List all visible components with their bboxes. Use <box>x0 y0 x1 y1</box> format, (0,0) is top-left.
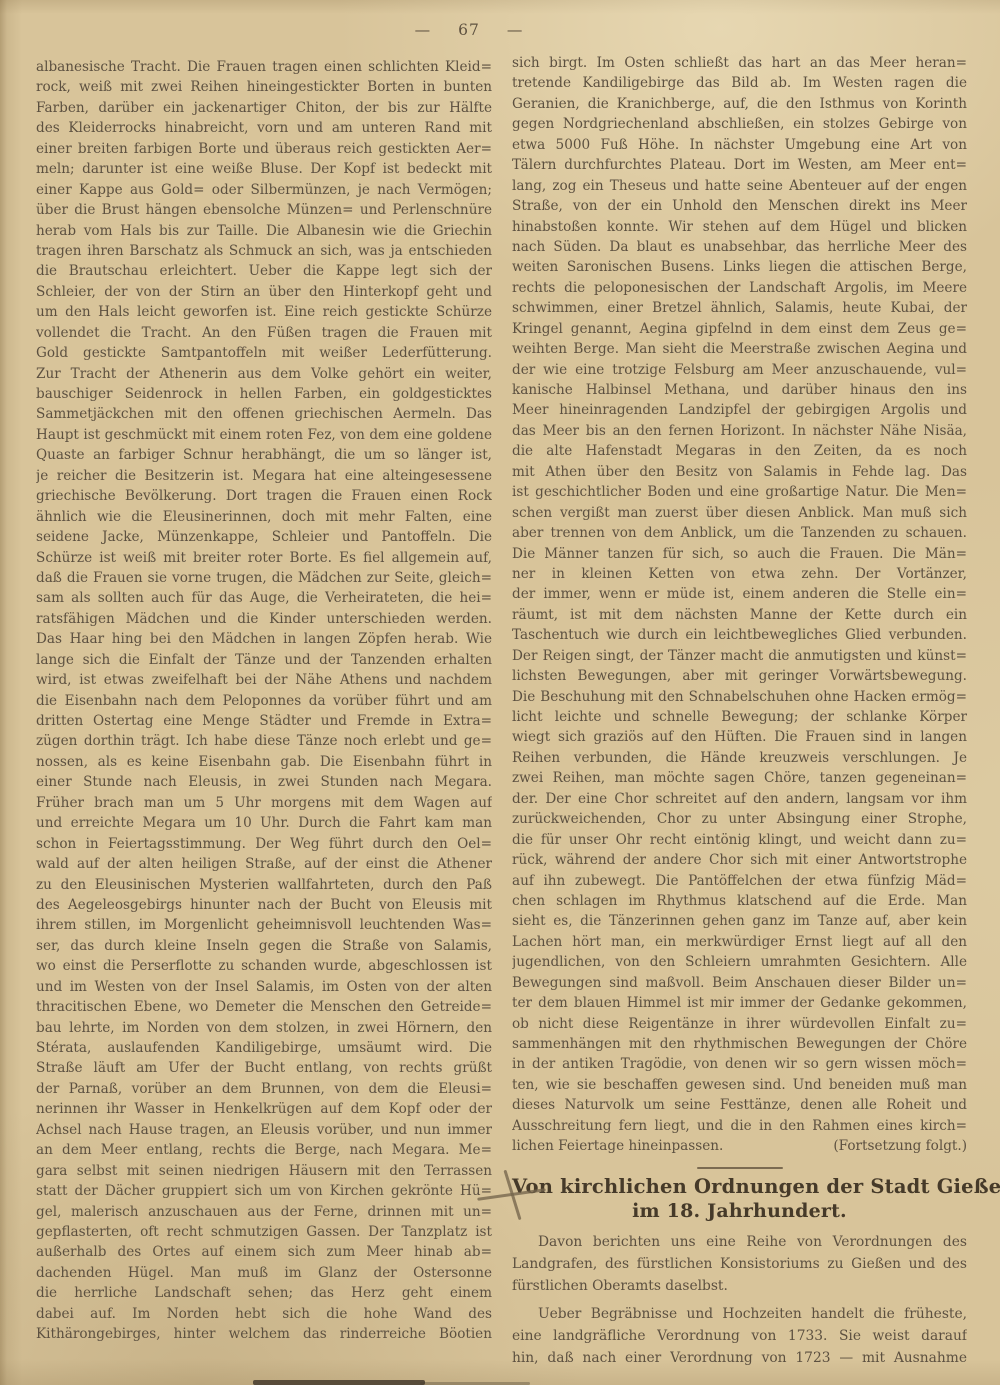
text-line: der. Der eine Chor schreitet auf den and… <box>512 789 967 809</box>
text-line: tretende Kandiligebirge das Bild ab. Im … <box>512 73 967 93</box>
text-line: Stérata, auslaufenden Kandiligebirge, um… <box>36 1038 492 1058</box>
text-line: Das Haar hing bei den Mädchen in langen … <box>36 629 492 649</box>
text-line: ter dem blauen Himmel ist mir immer der … <box>512 993 967 1013</box>
text-line: Schürze ist weiß mit breiter roter Borte… <box>36 548 492 568</box>
text-line: Straße, von der ein Unhold den Menschen … <box>512 196 967 216</box>
article-title-line2: im 18. Jahrhundert. <box>512 1199 967 1224</box>
text-line: bauschiger Seidenrock in hellen Farben, … <box>36 384 492 404</box>
page-header: — 67 — <box>0 21 938 39</box>
text-line: sich birgt. Im Osten schließt das hart a… <box>512 53 967 73</box>
text-line: gara selbst mit seinen niedrigen Häusern… <box>36 1161 492 1181</box>
text-line: zwei Reihen, man möchte sagen Chöre, tan… <box>512 768 967 788</box>
right-column-text: sich birgt. Im Osten schließt das hart a… <box>512 53 967 1136</box>
text-line: hin, daß nach einer Verordnung von 1723 … <box>512 1347 967 1369</box>
text-line: schon in Feiertagsstimmung. Der Weg führ… <box>36 834 492 854</box>
text-line: etwa 5000 Fuß Höhe. In nächster Umgebung… <box>512 135 967 155</box>
text-line: schwimmen, einer Bretzel ähnlich, Salami… <box>512 298 967 318</box>
text-line: daß die Frauen sie vorne trugen, die Mäd… <box>36 568 492 588</box>
text-line: rechts die peloponesischen der Landschaf… <box>512 278 967 298</box>
text-line: rock, weiß mit zwei Reihen hineingestick… <box>36 77 492 97</box>
text-line: herab vom Hals bis zur Taille. Die Alban… <box>36 221 492 241</box>
text-line: vollendet die Tracht. An den Füßen trage… <box>36 323 492 343</box>
text-line: die Eisenbahn nach dem Peloponnes da vor… <box>36 691 492 711</box>
page-number: 67 <box>458 21 480 39</box>
closing-text: lichen Feiertage hineinpassen. <box>512 1136 723 1156</box>
text-line: der wie eine trotzige Felsburg am Meer a… <box>512 360 967 380</box>
text-line: Zur Tracht der Athenerin aus dem Volke g… <box>36 364 492 384</box>
text-line: an dem Meer entlang, rechts die Berge, n… <box>36 1140 492 1160</box>
text-line: und erreichte Megara um 10 Uhr. Durch di… <box>36 813 492 833</box>
text-line: tragen ihren Barschatz als Schmuck an si… <box>36 241 492 261</box>
text-line: Farben, darüber ein jackenartiger Chiton… <box>36 98 492 118</box>
text-line: wiegt sich graziös auf den Hüften. Die F… <box>512 727 967 747</box>
text-line: Reihen verbunden, die Hände kreuzweis ve… <box>512 748 967 768</box>
text-line: Gold gestickte Samtpantoffeln mit weißer… <box>36 343 492 363</box>
text-line: ähnlich wie die Eleusinerinnen, doch mit… <box>36 507 492 527</box>
text-line: gegen Nordgriechenland abschließen, ein … <box>512 114 967 134</box>
text-line: Kithärongebirges, hinter welchem das rin… <box>36 1324 492 1344</box>
text-line: dritten Ostertag eine Menge Städter und … <box>36 711 492 731</box>
text-line: griechische Bevölkerung. Dort tragen die… <box>36 486 492 506</box>
text-line: hinabstoßen konnte. Wir stehen auf dem H… <box>512 217 967 237</box>
text-line: Schleier, der von der Stirn an über den … <box>36 282 492 302</box>
article-title-line1: Von kirchlichen Ordnungen der Stadt Gieß… <box>512 1174 967 1199</box>
text-line: die herrliche Landschaft sehen; das Herz… <box>36 1283 492 1303</box>
text-line: einer Kappe aus Gold= oder Silbermünzen,… <box>36 180 492 200</box>
text-line: nerinnen ihr Wasser in Henkelkrügen auf … <box>36 1099 492 1119</box>
text-line: um den Hals leicht geworfen ist. Eine re… <box>36 302 492 322</box>
text-line: Straße läuft am Ufer der Bucht entlang, … <box>36 1058 492 1078</box>
text-line: Meer hineinragenden Landzipfel der gebir… <box>512 400 967 420</box>
text-line: Die Männer tanzen für sich, so auch die … <box>512 544 967 564</box>
church-orders-body: Davon berichten uns eine Reihe von Veror… <box>512 1231 967 1369</box>
text-line: ist geschichtlicher Boden und eine großa… <box>512 482 967 502</box>
text-line: kanische Halbinsel Methana, und darüber … <box>512 380 967 400</box>
article-closing-line: lichen Feiertage hineinpassen. (Fortsetz… <box>512 1136 967 1156</box>
text-line: über die Brust hängen ebensolche Münzen=… <box>36 200 492 220</box>
text-line: Haupt ist geschmückt mit einem roten Fez… <box>36 425 492 445</box>
text-line: räumt, ist mit dem nächsten Manne der Ke… <box>512 605 967 625</box>
text-line: lang, zog ein Theseus und hatte seine Ab… <box>512 176 967 196</box>
text-line: wo einst die Perserflotte zu schanden wu… <box>36 956 492 976</box>
text-line: die Brautschau erleichtert. Ueber die Ka… <box>36 261 492 281</box>
text-line: seidene Jacke, Münzenkappe, Schleier und… <box>36 527 492 547</box>
text-line: zurückweichenden, Chor zu unter Absingun… <box>512 809 967 829</box>
text-line: schen vergißt man zuerst über diesen Anb… <box>512 503 967 523</box>
text-line: chen schlagen im Rhythmus klatschend auf… <box>512 891 967 911</box>
text-line: in der antiken Tragödie, von denen wir s… <box>512 1054 967 1074</box>
text-line: das Meer bis an den fernen Horizont. In … <box>512 421 967 441</box>
text-line: Quaste an farbiger Schnur herabhängt, di… <box>36 445 492 465</box>
text-line: der immer, wenn er müde ist, einem ander… <box>512 584 967 604</box>
text-line: des Aegeleosgebirgs hinunter nach der Bu… <box>36 895 492 915</box>
text-line: sammenhängen mit den rhythmischen Bewegu… <box>512 1034 967 1054</box>
text-line: bau lehrte, im Norden von dem stolzen, i… <box>36 1018 492 1038</box>
text-line: außerhalb des Ortes auf einem sich zum M… <box>36 1242 492 1262</box>
text-line: wird, ist etwas zweifelhaft bei der Nähe… <box>36 670 492 690</box>
text-line: einer Stunde nach Eleusis, in zwei Stund… <box>36 772 492 792</box>
text-line: jugendlichen, von den Schleiern umrahmte… <box>512 952 967 972</box>
text-line: Früher brach man um 5 Uhr morgens mit de… <box>36 793 492 813</box>
text-line: ser, das durch kleine Inseln gegen die S… <box>36 936 492 956</box>
header-dash-right: — <box>507 21 524 39</box>
text-line: weiten Saronischen Busens. Links liegen … <box>512 257 967 277</box>
section-divider-rule <box>697 1167 783 1169</box>
text-line: thracitischen Ebene, wo Demeter die Mens… <box>36 997 492 1017</box>
text-line: und im Westen von der Insel Salamis, im … <box>36 977 492 997</box>
text-line: ob nicht diese Reigentänze in ihrer würd… <box>512 1014 967 1034</box>
text-line: gepflasterten, oft recht schmutzigen Gas… <box>36 1222 492 1242</box>
text-line: aber trennen von dem Anblick, um die Tan… <box>512 523 967 543</box>
continuation-note: (Fortsetzung folgt.) <box>833 1136 967 1156</box>
text-line: wald auf der alten heiligen Straße, auf … <box>36 854 492 874</box>
scan-bottom-edge-artifact <box>253 1380 425 1385</box>
text-line: albanesische Tracht. Die Frauen tragen e… <box>36 57 492 77</box>
text-line: weihten Berge. Man sieht die Meerstraße … <box>512 339 967 359</box>
text-line: Davon berichten uns eine Reihe von Veror… <box>512 1231 967 1253</box>
text-line: Tälern durchfurchtes Plateau. Dort im We… <box>512 155 967 175</box>
text-line: ihrem stillen, im Morgenlicht geheimnisv… <box>36 915 492 935</box>
text-line: sam als sollten auch für das Auge, die V… <box>36 588 492 608</box>
text-line: der Parnaß, vorüber an dem Brunnen, von … <box>36 1079 492 1099</box>
text-line: statt der Dächer gruppiert sich um von K… <box>36 1181 492 1201</box>
text-line: lichsten Bewegungen, aber mit geringer V… <box>512 666 967 686</box>
text-line: Ueber Begräbnisse und Hochzeiten handelt… <box>512 1303 967 1325</box>
text-line: Lachen hört man, ein merkwürdiger Ernst … <box>512 932 967 952</box>
text-line: fürstlichen Oberamts daselbst. <box>512 1275 967 1297</box>
text-line: Landgrafen, des fürstlichen Konsistorium… <box>512 1253 967 1275</box>
text-line: Bewegungen sind maßvoll. Beim Anschauen … <box>512 973 967 993</box>
text-line: meln; darunter ist eine weiße Bluse. Der… <box>36 159 492 179</box>
text-line: licht leichte und schnelle Bewegung; der… <box>512 707 967 727</box>
text-line: ten, wie sie beschaffen gewesen sind. Un… <box>512 1075 967 1095</box>
text-line: dachenden Hügel. Man muß im Glanz der Os… <box>36 1263 492 1283</box>
text-line: auf ihn zubewegt. Die Pantöffelchen der … <box>512 871 967 891</box>
text-line: Ausschreitung fern liegt, und die in den… <box>512 1116 967 1136</box>
text-line: Achsel nach Hause tragen, an Eleusis vor… <box>36 1120 492 1140</box>
scanned-journal-page: — 67 — albanesische Tracht. Die Frauen t… <box>0 0 1000 1385</box>
text-line: Geranien, die Kranichberge, auf, die den… <box>512 94 967 114</box>
text-line: nach Süden. Da blaut es unabsehbar, das … <box>512 237 967 257</box>
text-line: sieht es, die Tänzerinnen gehen ganz im … <box>512 911 967 931</box>
text-line: je reicher die Besitzerin ist. Megara ha… <box>36 466 492 486</box>
text-line: lange sich die Einfalt der Tänze und der… <box>36 650 492 670</box>
text-line: Taschentuch wie durch ein leichtbeweglic… <box>512 625 967 645</box>
text-line: einer breiten farbigen Borte und überaus… <box>36 139 492 159</box>
text-line: dieses Naturvolk um seine Festtänze, den… <box>512 1095 967 1115</box>
text-line: gel, malerisch anzuschauen aus der Ferne… <box>36 1202 492 1222</box>
text-line: ratsfähigen Mädchen und die Kinder unter… <box>36 609 492 629</box>
text-line: die alte Hafenstadt Megaras in den Zeite… <box>512 441 967 461</box>
text-line: die für unser Ohr recht eintönig klingt,… <box>512 830 967 850</box>
text-line: ner in kleinen Ketten von etwa zehn. Der… <box>512 564 967 584</box>
text-line: Der Reigen singt, der Tänzer macht die a… <box>512 646 967 666</box>
right-column: sich birgt. Im Osten schließt das hart a… <box>512 53 967 1369</box>
text-line: dabei auf. Im Norden hebt sich die hohe … <box>36 1304 492 1324</box>
text-line: zügen dorthin trägt. Ich habe diese Tänz… <box>36 731 492 751</box>
text-line: rück, während der andere Chor sich mit e… <box>512 850 967 870</box>
left-column: albanesische Tracht. Die Frauen tragen e… <box>36 57 492 1345</box>
text-line: Sammetjäckchen mit den offenen griechisc… <box>36 404 492 424</box>
text-line: Kringel genannt, Aegina gipfelnd in dem … <box>512 319 967 339</box>
text-line: nossen, als es keine Eisenbahn gab. Die … <box>36 752 492 772</box>
text-line: zu den Eleusinischen Mysterien wallfahrt… <box>36 875 492 895</box>
text-line: mit Athen über den Besitz von Salamis in… <box>512 462 967 482</box>
header-dash-left: — <box>415 21 432 39</box>
text-line: des Kleiderrocks hinabreicht, vorn und a… <box>36 118 492 138</box>
text-line: Die Beschuhung mit den Schnabelschuhen o… <box>512 687 967 707</box>
text-line: eine landgräfliche Verordnung von 1733. … <box>512 1325 967 1347</box>
